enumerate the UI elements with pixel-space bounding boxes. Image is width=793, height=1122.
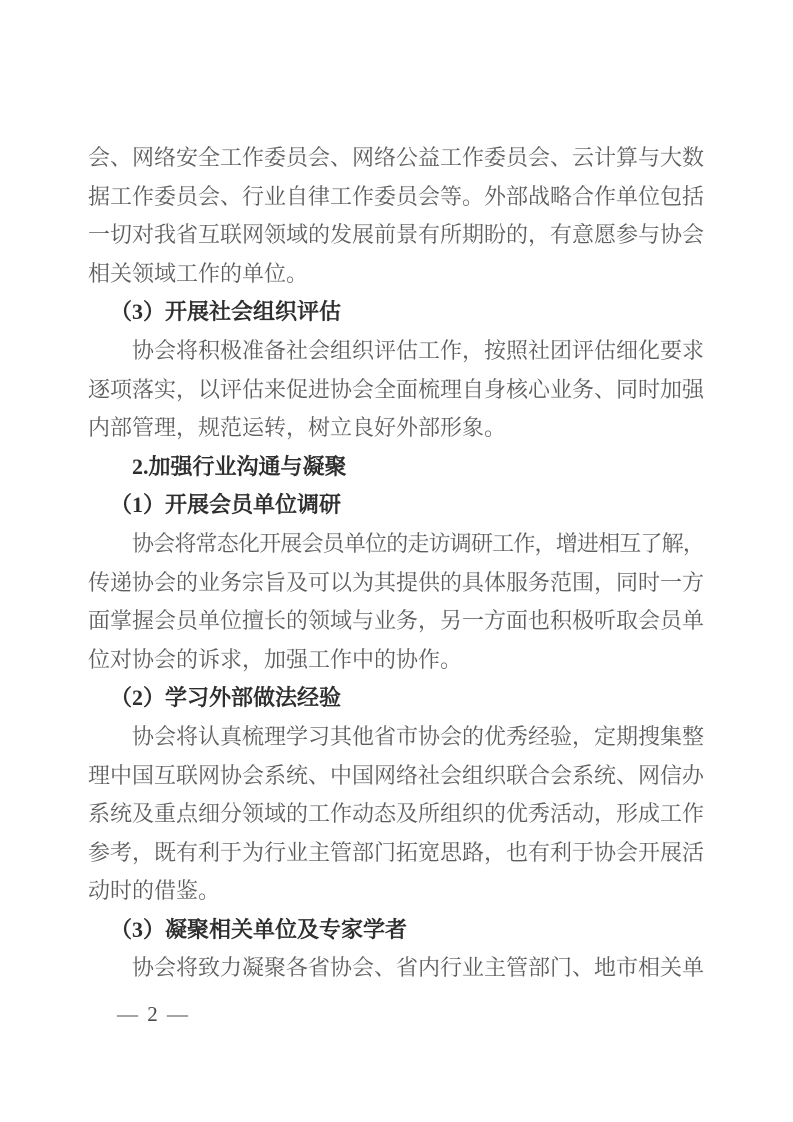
paragraph-line: 位对协会的诉求，加强工作中的协作。 [88,641,704,680]
heading: 2.加强行业沟通与凝聚 [88,448,704,487]
paragraph-line: 系统及重点细分领域的工作动态及所组织的优秀活动，形成工作 [88,795,704,834]
paragraph-line: 会、网络安全工作委员会、网络公益工作委员会、云计算与大数 [88,139,704,178]
paragraph-line: 逐项落实，以评估来促进协会全面梳理自身核心业务、同时加强 [88,371,704,410]
paragraph-line: 参考，既有利于为行业主管部门拓宽思路，也有利于协会开展活 [88,834,704,873]
heading: （3）凝聚相关单位及专家学者 [88,911,704,950]
heading: （1）开展会员单位调研 [88,486,704,525]
paragraph-line: 协会将致力凝聚各省协会、省内行业主管部门、地市相关单 [88,949,704,988]
paragraph-line: 协会将积极准备社会组织评估工作，按照社团评估细化要求 [88,332,704,371]
paragraph-line: 相关领域工作的单位。 [88,255,704,294]
heading: （2）学习外部做法经验 [88,679,704,718]
paragraph-line: 协会将常态化开展会员单位的走访调研工作，增进相互了解， [88,525,704,564]
paragraph-line: 一切对我省互联网领域的发展前景有所期盼的，有意愿参与协会 [88,216,704,255]
document-content: 会、网络安全工作委员会、网络公益工作委员会、云计算与大数据工作委员会、行业自律工… [88,139,704,988]
paragraph-line: 理中国互联网协会系统、中国网络社会组织联合会系统、网信办 [88,757,704,796]
paragraph-line: 协会将认真梳理学习其他省市协会的优秀经验，定期搜集整 [88,718,704,757]
paragraph-line: 据工作委员会、行业自律工作委员会等。外部战略合作单位包括 [88,178,704,217]
paragraph-line: 面掌握会员单位擅长的领域与业务，另一方面也积极听取会员单 [88,602,704,641]
document-page: 会、网络安全工作委员会、网络公益工作委员会、云计算与大数据工作委员会、行业自律工… [0,0,793,1122]
paragraph-line: 内部管理，规范运转，树立良好外部形象。 [88,409,704,448]
paragraph-line: 传递协会的业务宗旨及可以为其提供的具体服务范围，同时一方 [88,564,704,603]
page-number: — 2 — [117,1000,190,1028]
heading: （3）开展社会组织评估 [88,293,704,332]
paragraph-line: 动时的借鉴。 [88,872,704,911]
